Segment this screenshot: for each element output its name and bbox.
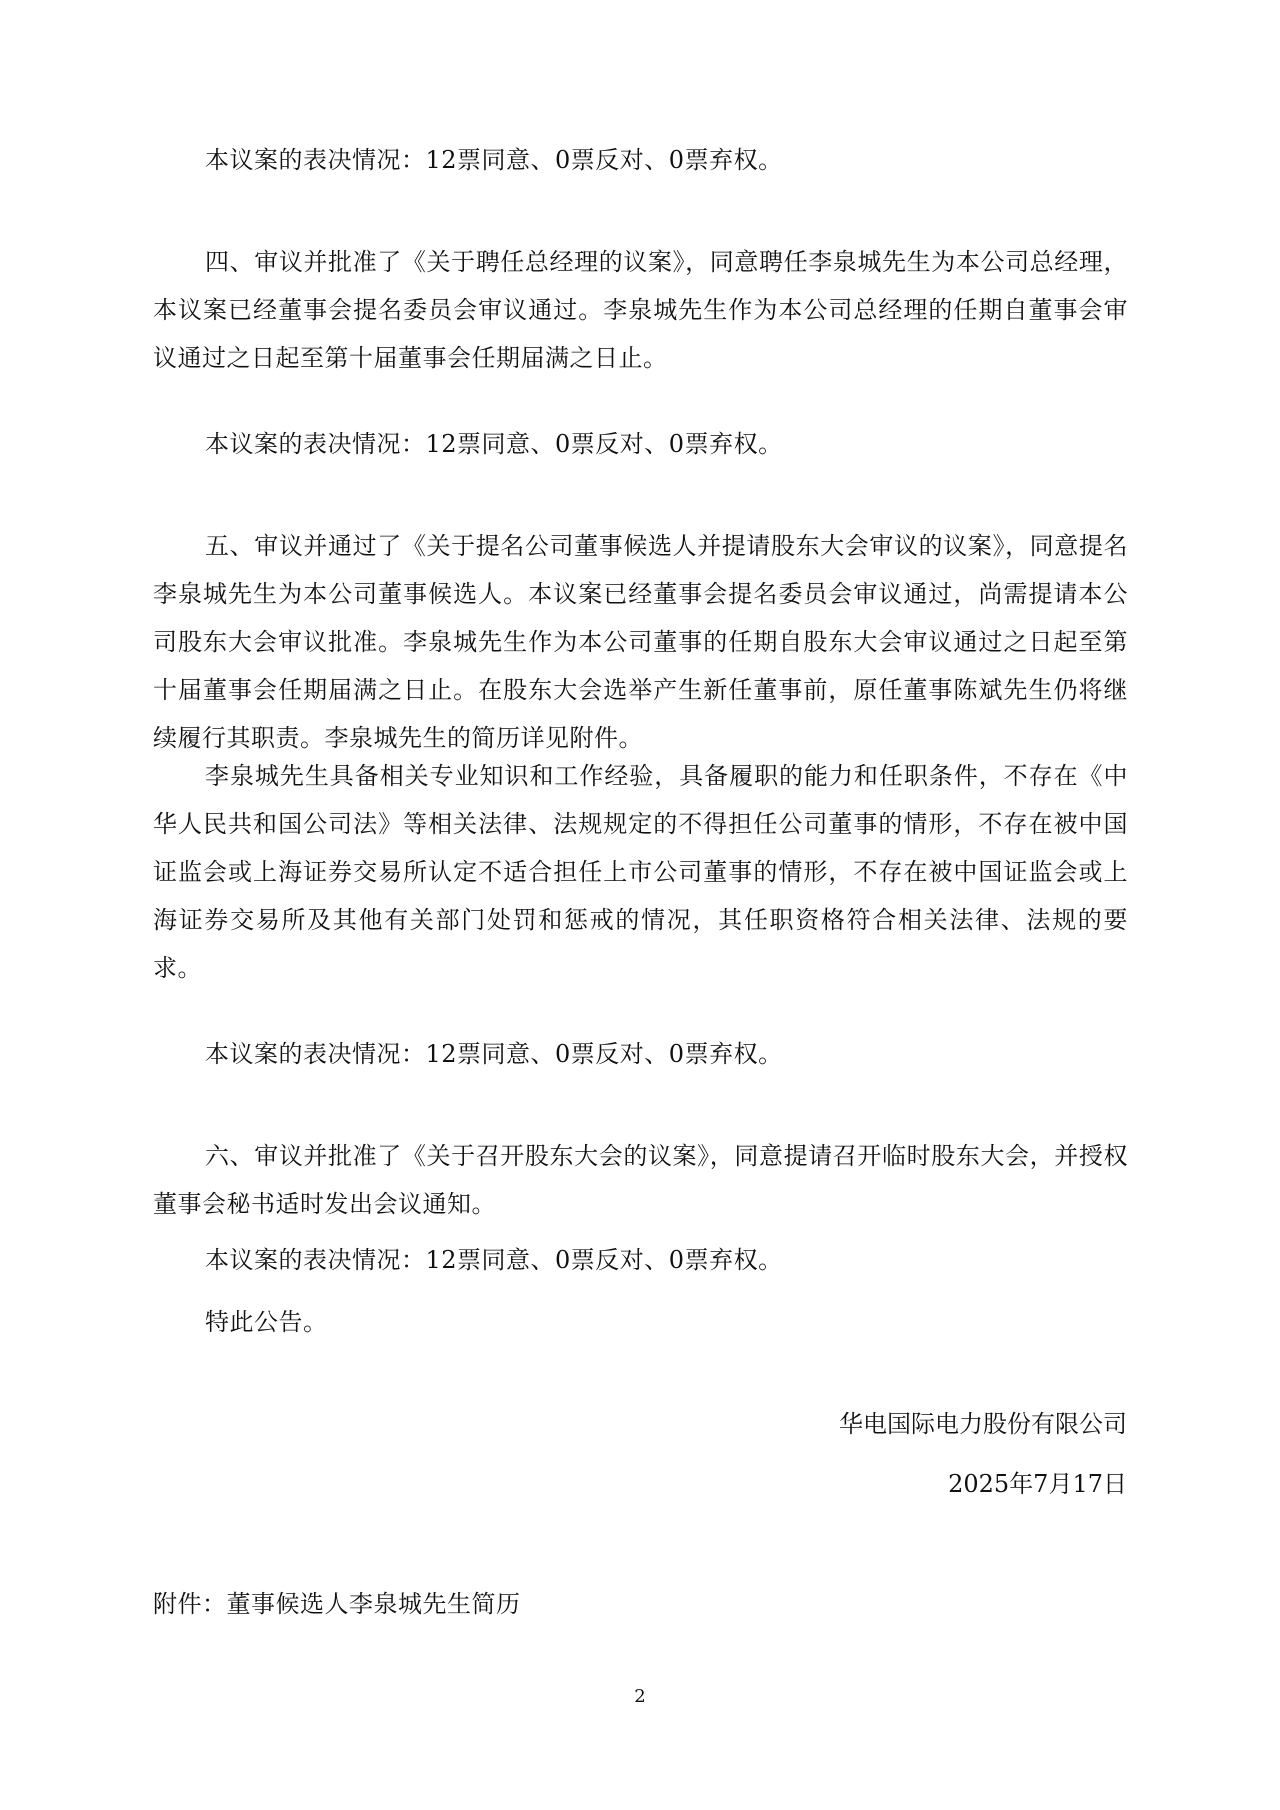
document-page: 本议案的表决情况：12票同意、0票反对、0票弃权。 四、审议并批准了《关于聘任总… — [0, 0, 1280, 1810]
vote-result-item-3: 本议案的表决情况：12票同意、0票反对、0票弃权。 — [153, 136, 1128, 184]
signature-company: 华电国际电力股份有限公司 — [839, 1400, 1127, 1448]
vote-result-item-4: 本议案的表决情况：12票同意、0票反对、0票弃权。 — [153, 420, 1128, 468]
resolution-item-6: 六、审议并批准了《关于召开股东大会的议案》，同意提请召开临时股东大会，并授权董事… — [153, 1132, 1128, 1228]
candidate-qualification-paragraph: 李泉城先生具备相关专业知识和工作经验，具备履职的能力和任职条件，不存在《中华人民… — [153, 752, 1128, 992]
attachment-note: 附件：董事候选人李泉城先生简历 — [153, 1580, 1128, 1628]
vote-result-item-6: 本议案的表决情况：12票同意、0票反对、0票弃权。 — [153, 1236, 1128, 1284]
resolution-item-4: 四、审议并批准了《关于聘任总经理的议案》，同意聘任李泉城先生为本公司总经理，本议… — [153, 238, 1128, 382]
signature-date: 2025年7月17日 — [948, 1460, 1127, 1508]
closing-statement: 特此公告。 — [153, 1298, 1128, 1346]
resolution-item-5: 五、审议并通过了《关于提名公司董事候选人并提请股东大会审议的议案》，同意提名李泉… — [153, 522, 1128, 762]
vote-result-item-5: 本议案的表决情况：12票同意、0票反对、0票弃权。 — [153, 1030, 1128, 1078]
page-number: 2 — [0, 1686, 1280, 1707]
